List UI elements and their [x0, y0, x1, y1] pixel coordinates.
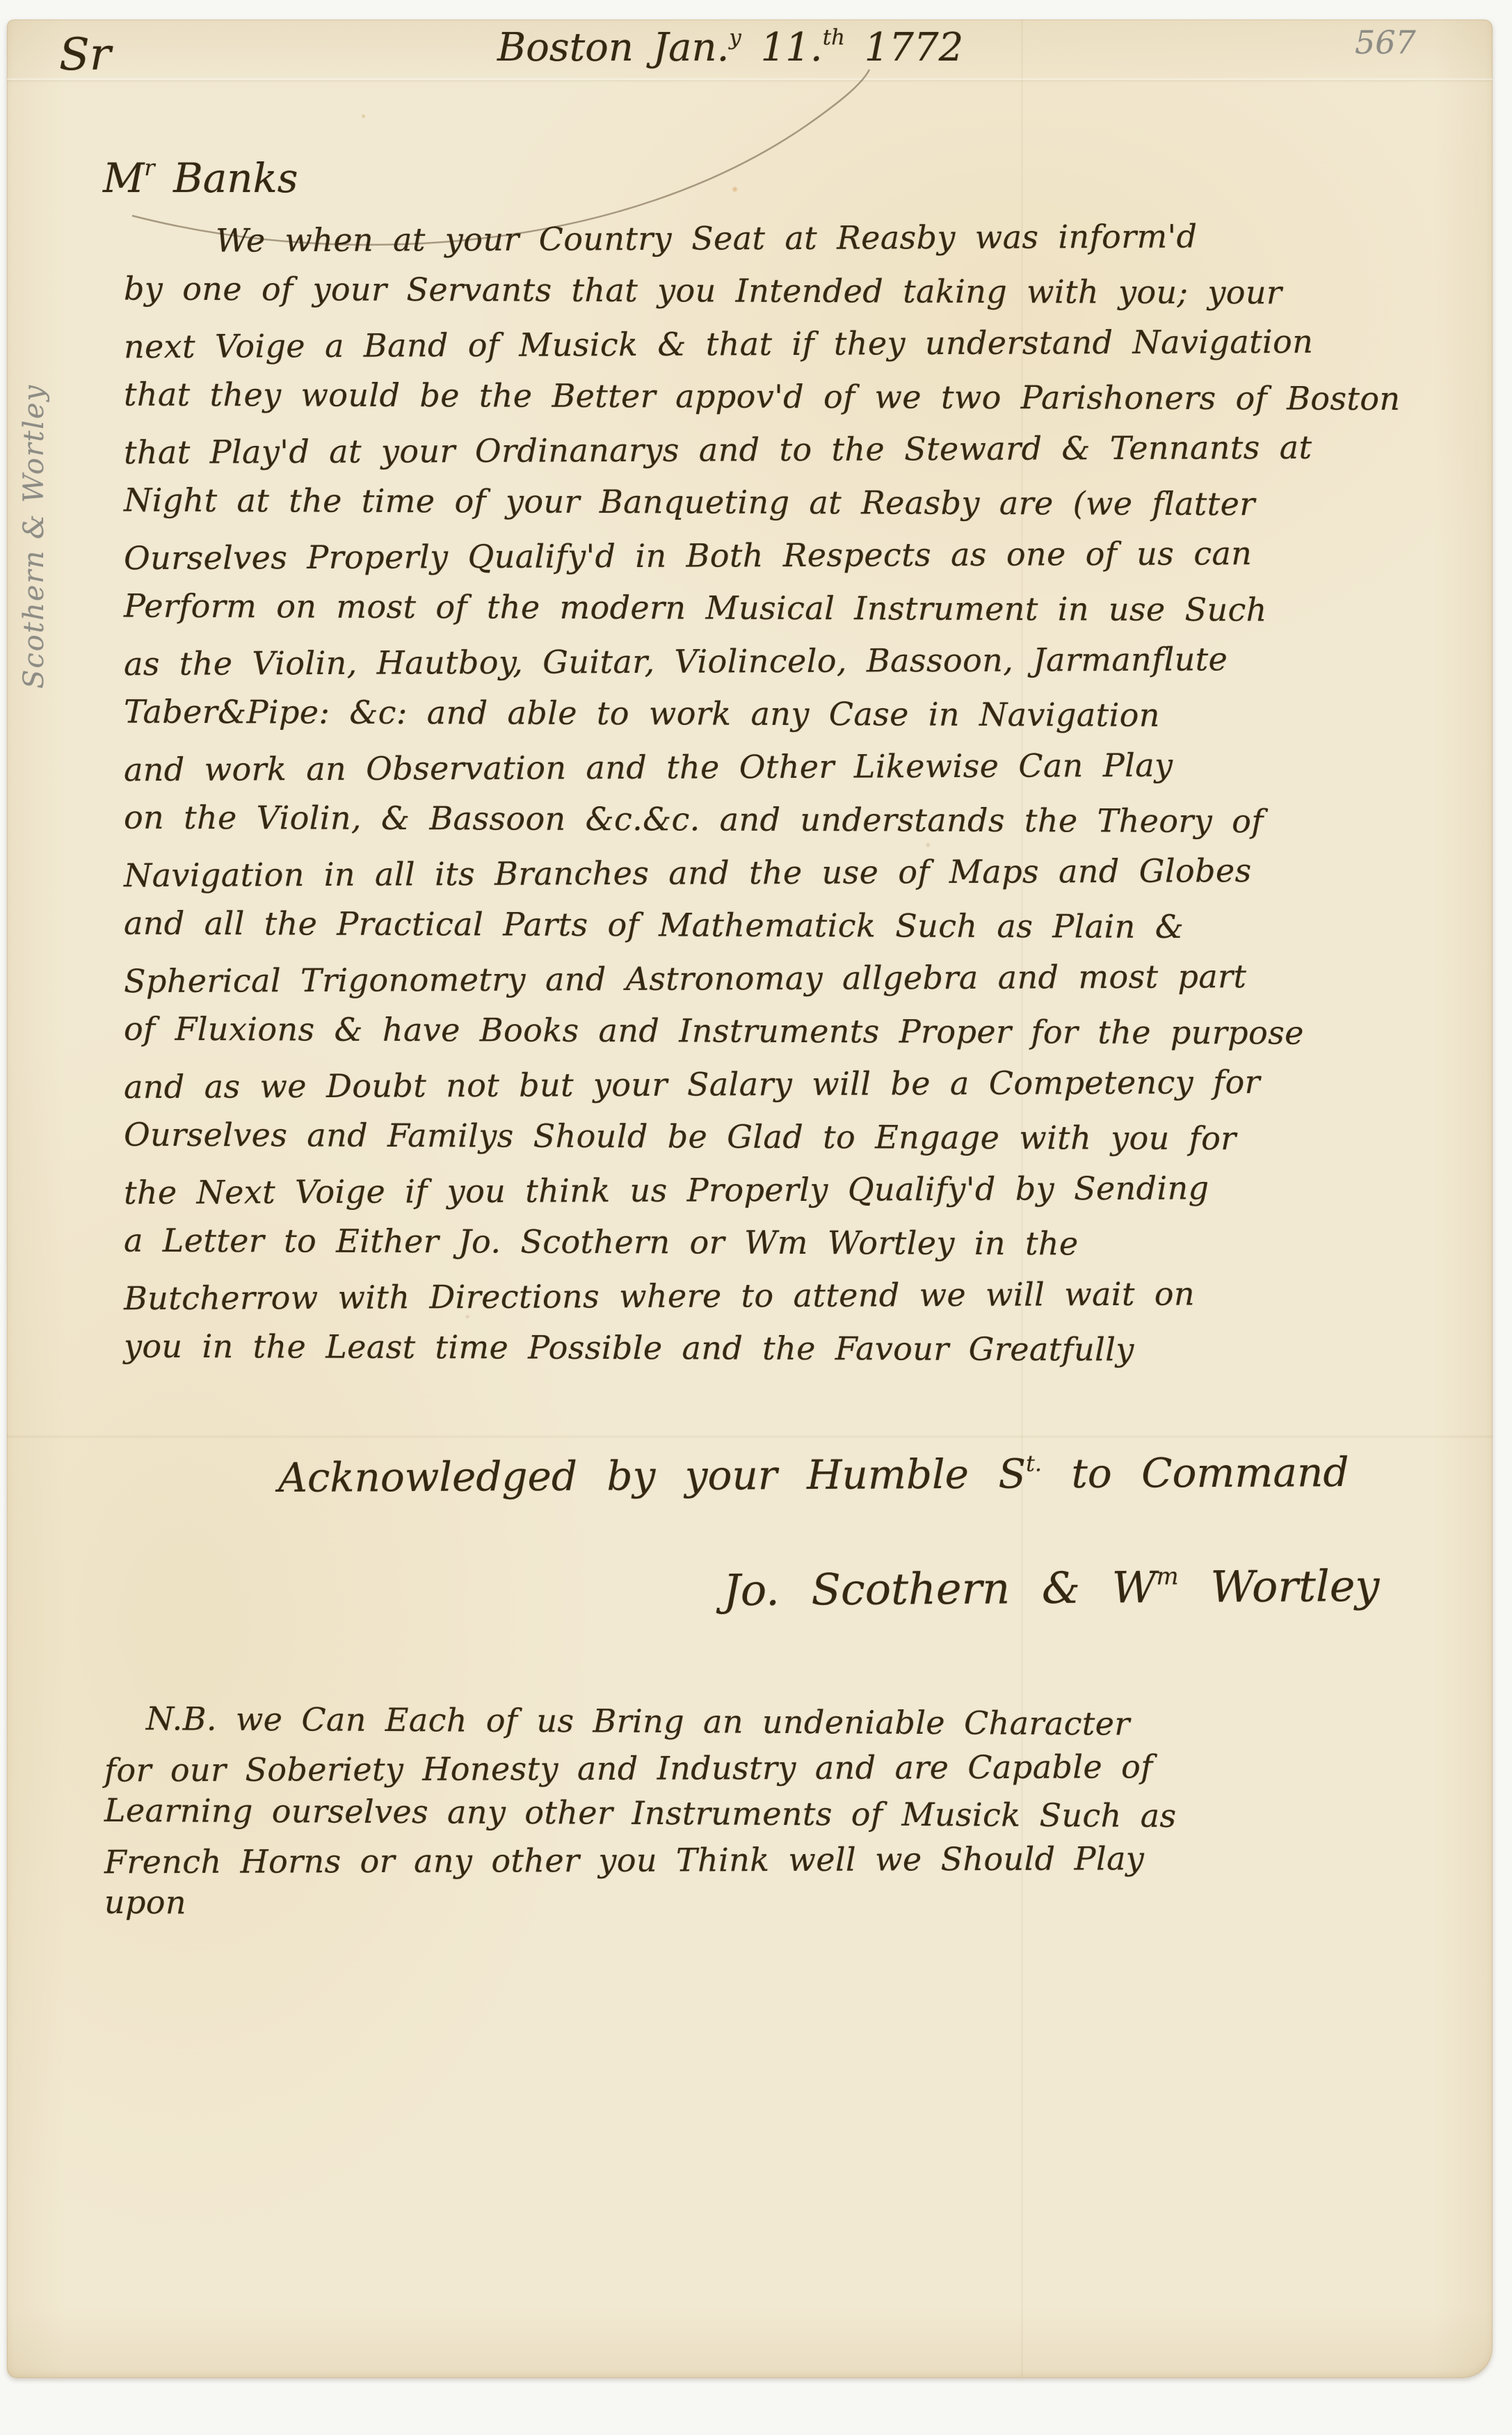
salutation-abbrev: Sr	[59, 29, 111, 81]
closing-text-end: to Command	[1042, 1448, 1349, 1497]
body-line: as the Violin, Hautboy, Guitar, Violince…	[124, 632, 1466, 690]
signature-text: Jo. Scothern & W	[723, 1562, 1157, 1615]
body-line: and work an Observation and the Other Li…	[124, 737, 1466, 796]
postscript-line: for our Soberiety Honesty and Industry a…	[104, 1743, 1467, 1794]
body-line: of Fluxions & have Books and Instruments…	[124, 1003, 1466, 1060]
postscript-line: Learning ourselves any other Instruments…	[104, 1787, 1467, 1840]
dateline: Boston Jan.y 11.th 1772	[497, 25, 963, 70]
signature-superscript: m	[1156, 1563, 1179, 1590]
body-line: a Letter to Either Jo. Scothern or Wm Wo…	[124, 1214, 1466, 1272]
postscript-line: French Horns or any other you Think well…	[104, 1835, 1467, 1885]
dateline-month-superscript: y	[729, 25, 741, 50]
signature-line: Jo. Scothern & Wm Wortley	[723, 1560, 1380, 1616]
body-line: you in the Least time Possible and the F…	[124, 1320, 1466, 1378]
body-line: next Voige a Band of Musick & that if th…	[124, 314, 1466, 373]
body-line: that they would be the Better appov'd of…	[124, 368, 1466, 426]
body-line: Spherical Trigonometry and Astronomay al…	[124, 949, 1466, 1007]
dateline-day: 11.	[761, 25, 823, 70]
body-line: on the Violin, & Bassoon &c.&c. and unde…	[124, 791, 1466, 849]
margin-note-pencil: Scothern & Wortley	[18, 202, 50, 689]
dateline-month: Jan.	[653, 25, 730, 70]
body-line: Taber&Pipe: &c: and able to work any Cas…	[124, 685, 1466, 743]
body-line: and all the Practical Parts of Mathemati…	[124, 897, 1466, 955]
scanned-letter-page: Scothern & Wortley 567 Sr Boston Jan.y 1…	[0, 0, 1512, 2435]
body-line: Butcherrow with Directions where to atte…	[124, 1266, 1466, 1325]
body-line: that Play'd at your Ordinanarys and to t…	[124, 420, 1466, 479]
addressee: Mr Banks	[103, 154, 298, 202]
postscript-line: upon	[104, 1879, 1467, 1932]
body-line: Ourselves Properly Qualify'd in Both Res…	[124, 526, 1466, 584]
addressee-prefix-superscript: r	[144, 154, 154, 181]
addressee-prefix: M	[103, 154, 144, 202]
postscript-line: N.B. we Can Each of us Bring an undeniab…	[104, 1695, 1467, 1748]
horizontal-fold-crease-top	[7, 78, 1493, 82]
dateline-day-superscript: th	[823, 25, 845, 50]
closing-text: Acknowledged by your Humble S	[278, 1450, 1026, 1501]
body-line: Perform on most of the modern Musical In…	[124, 580, 1466, 637]
body-line: Night at the time of your Banqueting at …	[124, 474, 1466, 532]
closing-superscript: t.	[1026, 1450, 1042, 1476]
body-line: Navigation in all its Branches and the u…	[124, 843, 1466, 902]
letter-body: We when at your Country Seat at Reasby w…	[124, 211, 1466, 1375]
horizontal-fold-crease-bottom	[7, 1435, 1493, 1439]
dateline-year: 1772	[864, 25, 964, 70]
addressee-name: Banks	[173, 154, 298, 202]
body-line: the Next Voige if you think us Properly …	[124, 1160, 1466, 1219]
body-line: We when at your Country Seat at Reasby w…	[124, 209, 1466, 267]
body-line: by one of your Servants that you Intende…	[124, 262, 1466, 320]
postscript: N.B. we Can Each of us Bring an undeniab…	[104, 1699, 1467, 1929]
closing-line: Acknowledged by your Humble St. to Comma…	[278, 1448, 1349, 1501]
folio-number-pencil: 567	[1355, 24, 1416, 61]
body-line: and as we Doubt not but your Salary will…	[124, 1055, 1466, 1113]
body-line: Ourselves and Familys Should be Glad to …	[124, 1108, 1466, 1166]
signature-text-end: Wortley	[1179, 1560, 1380, 1613]
dateline-place: Boston	[497, 25, 634, 70]
